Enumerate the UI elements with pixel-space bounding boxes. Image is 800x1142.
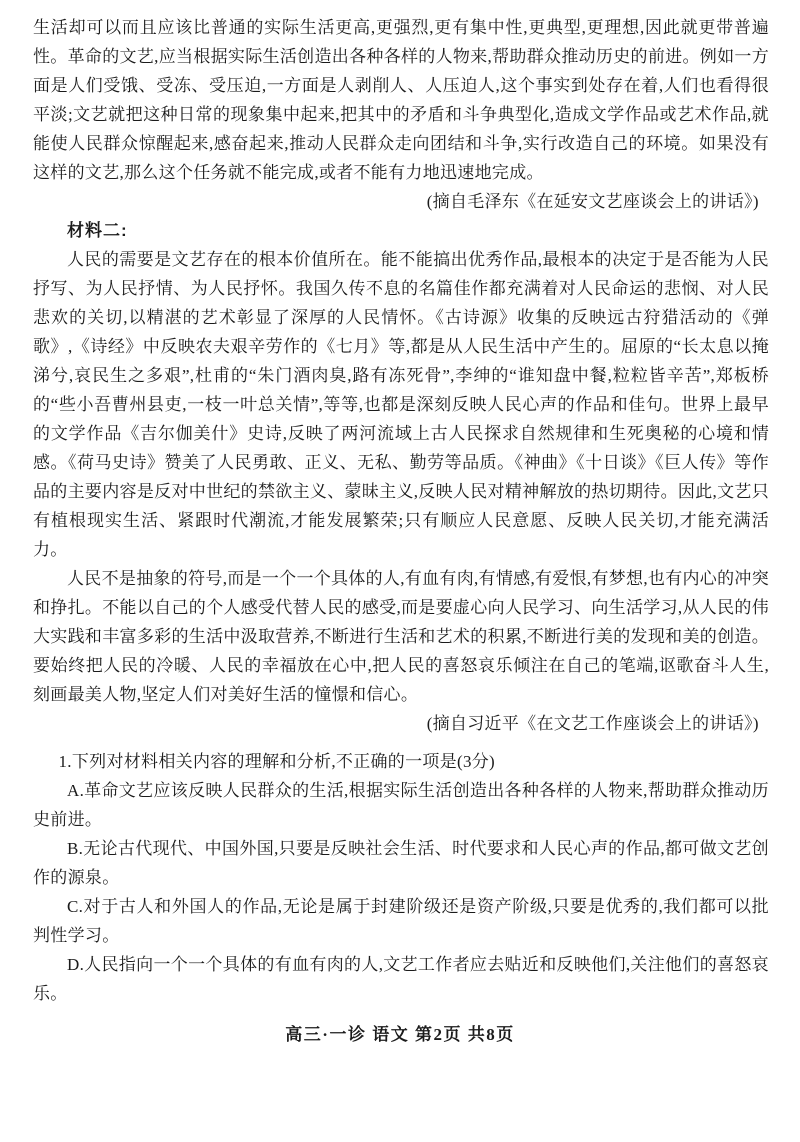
question-1-option-b: B.无论古代现代、中国外国,只要是反映社会生活、时代要求和人民心声的作品,都可做… [33,834,769,892]
question-1-option-c: C.对于古人和外国人的作品,无论是属于封建阶级还是资产阶级,只要是优秀的,我们都… [33,892,769,950]
exam-paper-page: 生活却可以而且应该比普通的实际生活更高,更强烈,更有集中性,更典型,更理想,因此… [0,0,800,1142]
material-two-paragraph-2: 人民不是抽象的符号,而是一个一个具体的人,有血有肉,有情感,有爱恨,有梦想,也有… [33,564,769,709]
material-two-paragraph-1: 人民的需要是文艺存在的根本价值所在。能不能搞出优秀作品,最根本的决定于是否能为人… [33,245,769,564]
attribution-xi-jinping: (摘自习近平《在文艺工作座谈会上的讲话》) [33,709,769,738]
page-body: 生活却可以而且应该比普通的实际生活更高,更强烈,更有集中性,更典型,更理想,因此… [33,13,769,1008]
question-1-option-a: A.革命文艺应该反映人民群众的生活,根据实际生活创造出各种各样的人物来,帮助群众… [33,776,769,834]
question-1-option-d: D.人民指向一个一个具体的有血有肉的人,文艺工作者应去贴近和反映他们,关注他们的… [33,950,769,1008]
attribution-mao-zedong: (摘自毛泽东《在延安文艺座谈会上的讲话》) [33,187,769,216]
continuation-paragraph: 生活却可以而且应该比普通的实际生活更高,更强烈,更有集中性,更典型,更理想,因此… [33,13,769,187]
page-footer: 高三·一诊 语文 第2页 共8页 [0,1020,800,1045]
question-1-stem: 1.下列对材料相关内容的理解和分析,不正确的一项是(3分) [33,747,769,776]
material-two-label: 材料二: [33,216,769,245]
